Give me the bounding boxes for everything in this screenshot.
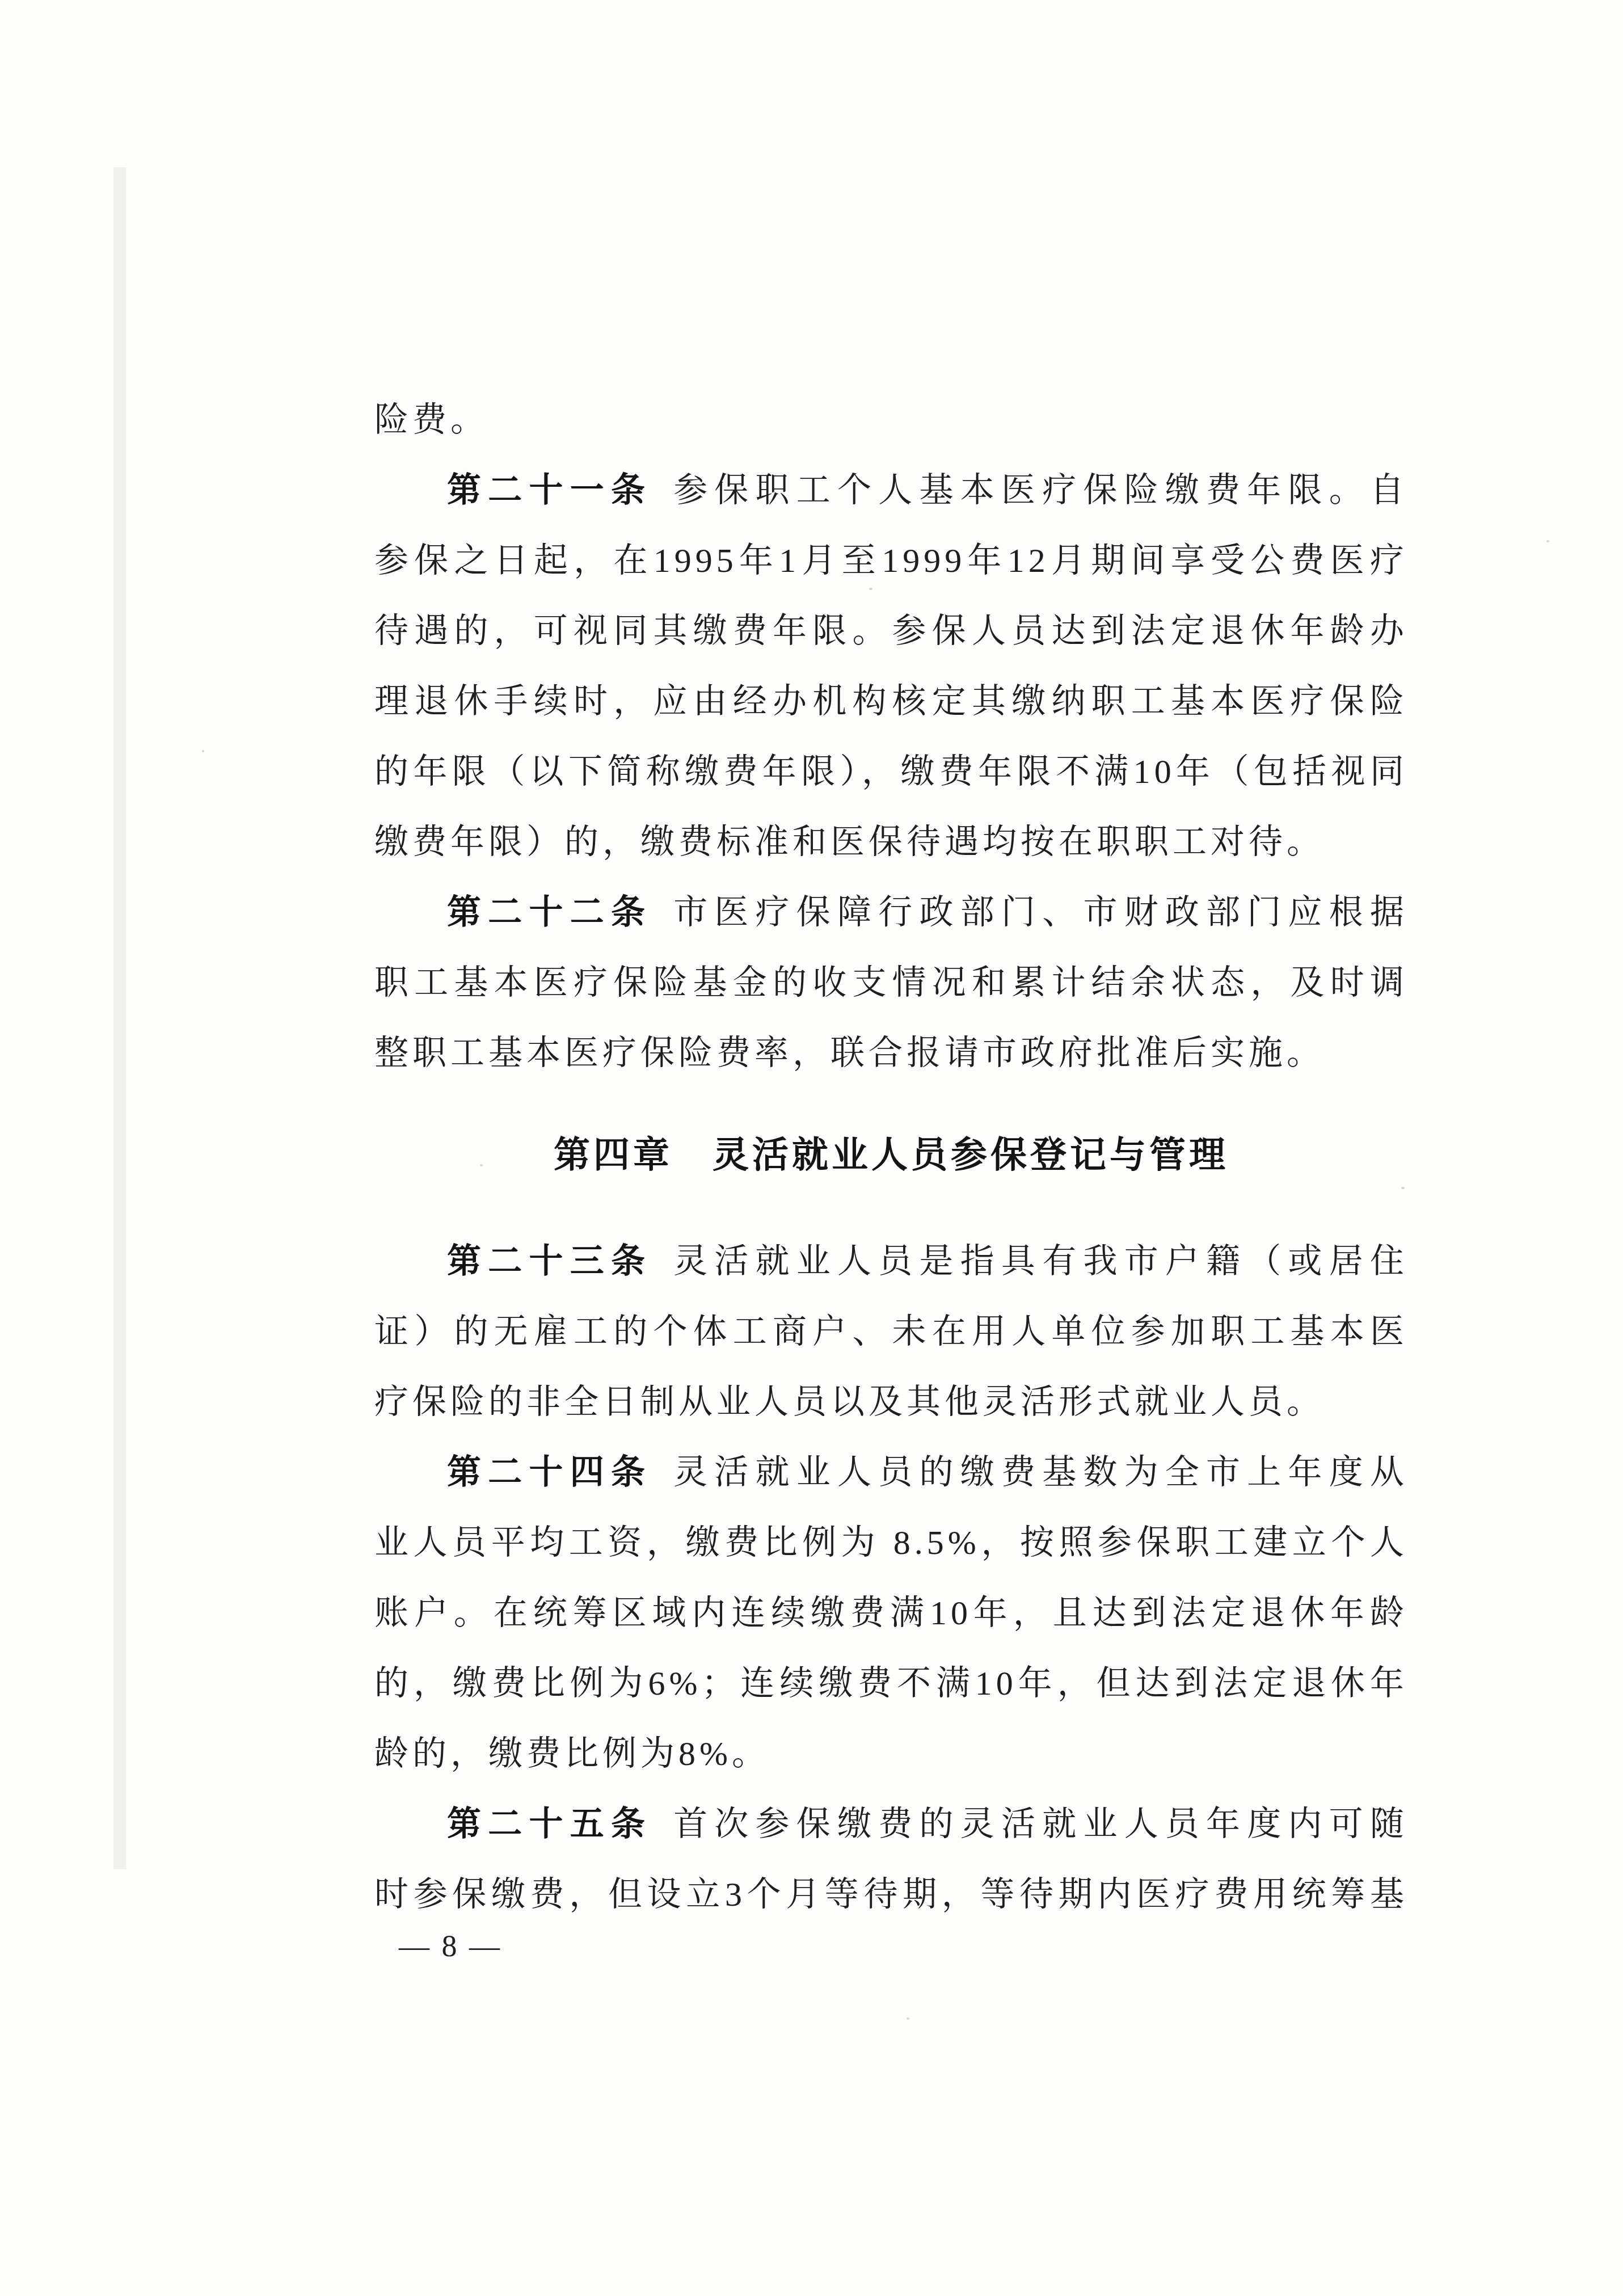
body-text: 整职工基本医疗保险费率，联合报请市政府批准后实施。 xyxy=(374,1034,1325,1072)
article-number: 第二十一条 xyxy=(447,471,652,509)
body-text: 灵活就业人员的缴费基数为全市上年度从 xyxy=(673,1454,1408,1491)
body-text: 险费。 xyxy=(374,401,488,439)
text-line: 第二十五条首次参保缴费的灵活就业人员年度内可随 xyxy=(374,1789,1408,1859)
body-text: 证）的无雇工的个体工商户、未在用人单位参加职工基本医 xyxy=(374,1313,1408,1350)
body-text: 时参保缴费，但设立3个月等待期，等待期内医疗费用统筹基 xyxy=(374,1876,1408,1913)
article-number: 第二十三条 xyxy=(447,1242,652,1280)
text-line: 证）的无雇工的个体工商户、未在用人单位参加职工基本医 xyxy=(374,1296,1408,1367)
body-text: 龄的，缴费比例为8%。 xyxy=(374,1735,770,1772)
body-text: 参保之日起，在1995年1月至1999年12月期间享受公费医疗 xyxy=(374,542,1408,579)
chapter-heading: 第四章 灵活就业人员参保登记与管理 xyxy=(374,1119,1408,1190)
text-line: 理退休手续时，应由经办机构核定其缴纳职工基本医疗保险 xyxy=(374,666,1408,736)
body-text: 市医疗保障行政部门、市财政部门应根据 xyxy=(673,894,1408,931)
body-text: 业人员平均工资，缴费比例为 8.5%，按照参保职工建立个人 xyxy=(374,1524,1408,1561)
article-number: 第二十五条 xyxy=(447,1805,652,1843)
text-line: 账户。在统筹区域内连续缴费满10年，且达到法定退休年龄 xyxy=(374,1578,1408,1648)
text-line: 疗保险的非全日制从业人员以及其他灵活形式就业人员。 xyxy=(374,1367,1408,1437)
body-text: 职工基本医疗保险基金的收支情况和累计结余状态，及时调 xyxy=(374,964,1408,1001)
body-text: 参保职工个人基本医疗保险缴费年限。自 xyxy=(673,471,1408,509)
text-line: 业人员平均工资，缴费比例为 8.5%，按照参保职工建立个人 xyxy=(374,1507,1408,1578)
text-line: 险费。 xyxy=(374,385,1408,455)
body-text: 缴费年限）的，缴费标准和医保待遇均按在职职工对待。 xyxy=(374,823,1325,861)
text-line: 待遇的，可视同其缴费年限。参保人员达到法定退休年龄办 xyxy=(374,596,1408,666)
scan-speck xyxy=(1546,540,1549,542)
body-text: 灵活就业人员是指具有我市户籍（或居住 xyxy=(673,1242,1408,1280)
scan-artifact-band xyxy=(113,167,126,1869)
scan-speck xyxy=(202,750,204,752)
body-text: 首次参保缴费的灵活就业人员年度内可随 xyxy=(673,1805,1408,1843)
text-line: 第二十三条灵活就业人员是指具有我市户籍（或居住 xyxy=(374,1226,1408,1296)
text-line: 整职工基本医疗保险费率，联合报请市政府批准后实施。 xyxy=(374,1018,1408,1088)
page-number: — 8 — xyxy=(399,1926,502,1966)
text-line: 第二十二条市医疗保障行政部门、市财政部门应根据 xyxy=(374,877,1408,947)
body-text: 待遇的，可视同其缴费年限。参保人员达到法定退休年龄办 xyxy=(374,612,1408,650)
text-line: 第二十一条参保职工个人基本医疗保险缴费年限。自 xyxy=(374,455,1408,525)
text-line: 龄的，缴费比例为8%。 xyxy=(374,1718,1408,1789)
scan-speck xyxy=(907,2017,909,2020)
text-line: 第二十四条灵活就业人员的缴费基数为全市上年度从 xyxy=(374,1437,1408,1507)
text-line: 时参保缴费，但设立3个月等待期，等待期内医疗费用统筹基 xyxy=(374,1859,1408,1930)
body-text: 的年限（以下简称缴费年限），缴费年限不满10年（包括视同 xyxy=(374,753,1408,790)
body-text: 理退休手续时，应由经办机构核定其缴纳职工基本医疗保险 xyxy=(374,683,1408,720)
article-number: 第二十二条 xyxy=(447,893,652,931)
text-line: 的年限（以下简称缴费年限），缴费年限不满10年（包括视同 xyxy=(374,736,1408,807)
text-line: 缴费年限）的，缴费标准和医保待遇均按在职职工对待。 xyxy=(374,807,1408,877)
text-line: 职工基本医疗保险基金的收支情况和累计结余状态，及时调 xyxy=(374,947,1408,1018)
article-number: 第二十四条 xyxy=(447,1453,652,1491)
text-line: 参保之日起，在1995年1月至1999年12月期间享受公费医疗 xyxy=(374,525,1408,596)
text-line: 的，缴费比例为6%；连续缴费不满10年，但达到法定退休年 xyxy=(374,1648,1408,1718)
body-text: 账户。在统筹区域内连续缴费满10年，且达到法定退休年龄 xyxy=(374,1594,1408,1632)
document-body: 险费。 第二十一条参保职工个人基本医疗保险缴费年限。自 参保之日起，在1995年… xyxy=(374,385,1408,1930)
body-text: 的，缴费比例为6%；连续缴费不满10年，但达到法定退休年 xyxy=(374,1665,1408,1702)
body-text: 疗保险的非全日制从业人员以及其他灵活形式就业人员。 xyxy=(374,1383,1325,1421)
